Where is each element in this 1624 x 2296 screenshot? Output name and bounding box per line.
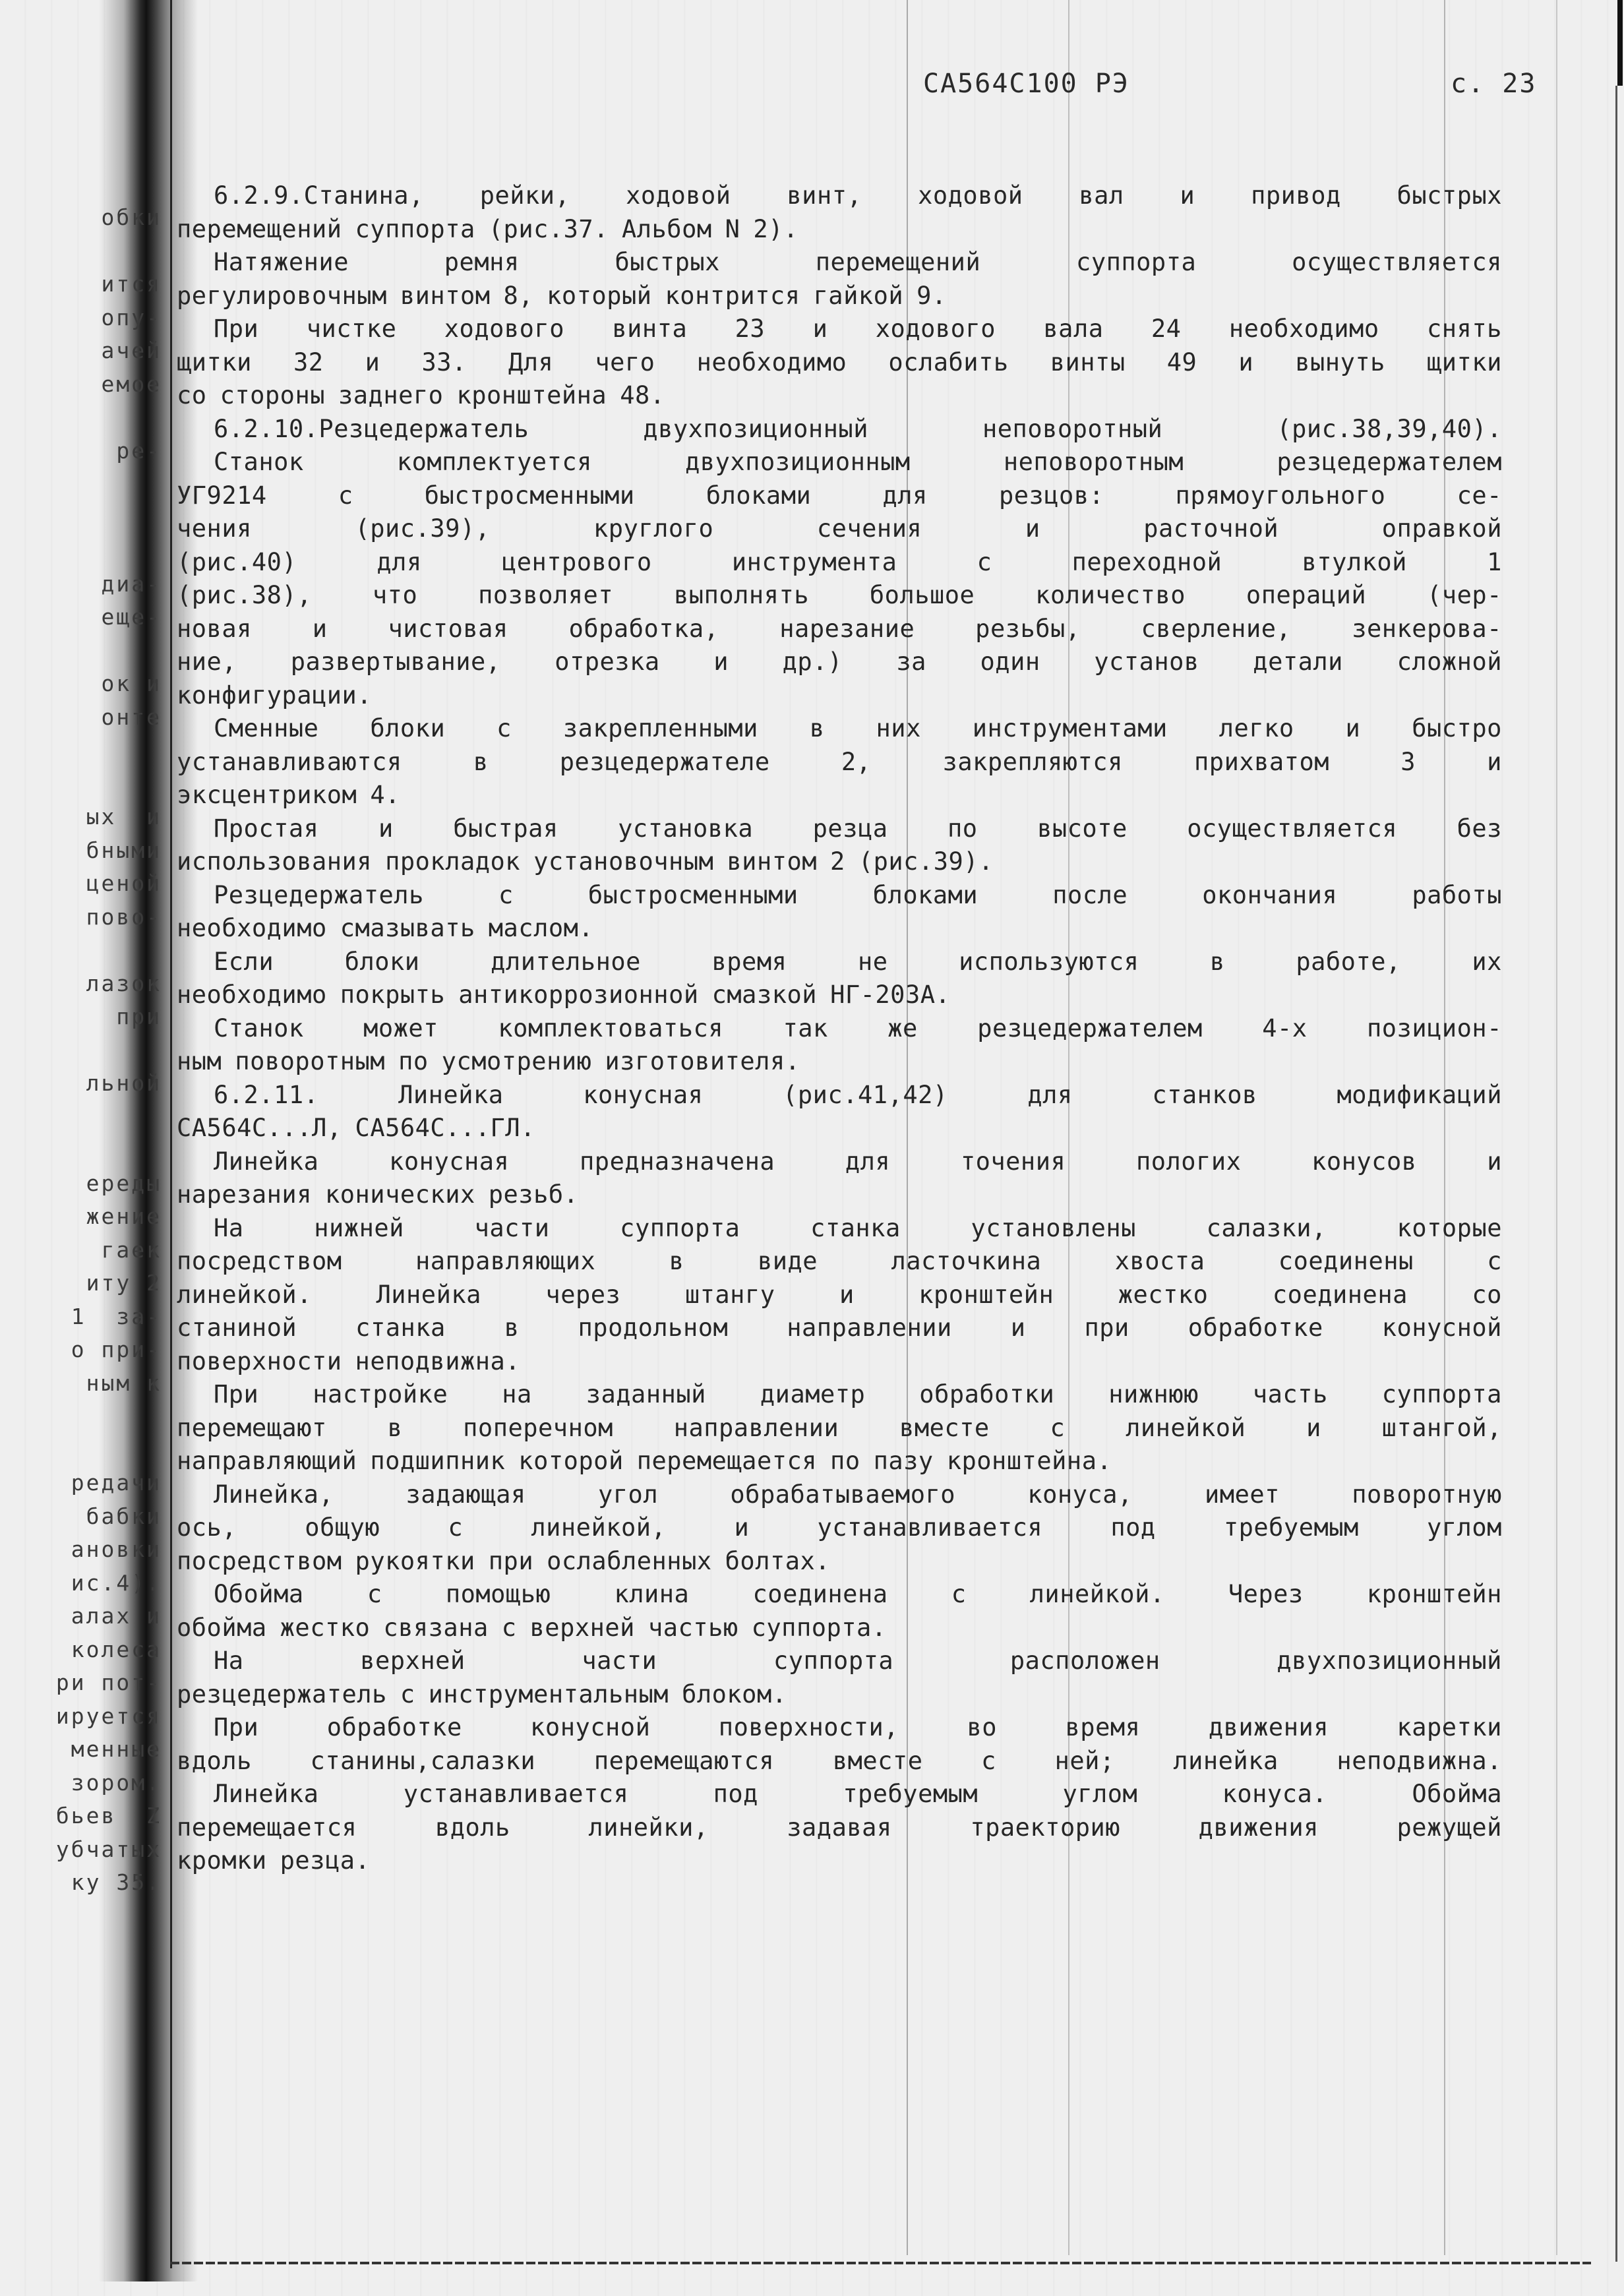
margin-fragment: диа- [102, 571, 162, 597]
text-line: станинойстанкавпродольномнаправленииипри… [177, 1312, 1502, 1344]
text-line: регулировочнымвинтом8,которыйконтритсяга… [177, 280, 1502, 313]
margin-fragment: при [116, 1004, 162, 1030]
text-line: устанавливаютсяврезцедержателе2,закрепля… [177, 746, 1502, 779]
text-line: нымповоротнымпоусмотрениюизготовителя. [177, 1045, 1502, 1078]
margin-fragment: емое [102, 371, 162, 398]
frame-border-right [1615, 86, 1617, 2262]
margin-fragment: льной [86, 1070, 162, 1097]
margin-fragment: ценой [86, 870, 162, 897]
text-line: нарезанияконическихрезьб. [177, 1178, 1502, 1211]
text-line: Приобработкеконуснойповерхности,вовремяд… [177, 1711, 1502, 1744]
text-line: Линейка,задающаяуголобрабатываемогоконус… [177, 1478, 1502, 1511]
text-line: 6.2.9.Станина,рейки,ходовойвинт,ходовойв… [177, 179, 1502, 212]
margin-fragment: ным к [86, 1370, 162, 1397]
text-line: Сменныеблокисзакрепленнымивнихинструмент… [177, 712, 1502, 745]
frame-border-left [170, 0, 172, 2268]
text-line: состоронызаднегокронштейна48. [177, 379, 1502, 412]
text-line: Принастройкеназаданныйдиаметробработкини… [177, 1378, 1502, 1411]
margin-fragment: ку 35. [71, 1869, 162, 1896]
text-line: обоймажесткосвязанасверхнейчастьюсуппорт… [177, 1612, 1502, 1645]
text-line: новаяичистоваяобработка,нарезаниерезьбы,… [177, 613, 1502, 646]
frame-border-bottom [170, 2262, 1591, 2264]
text-line: резцедержательсинструментальнымблоком. [177, 1678, 1502, 1711]
text-line: линейкой.Линейкачерезштангуикронштейнжес… [177, 1279, 1502, 1312]
text-line: Резцедержательсбыстросменнымиблокамипосл… [177, 879, 1502, 912]
text-line: Причисткеходовоговинта23иходовоговала24н… [177, 313, 1502, 346]
margin-fragment: ереды [86, 1170, 162, 1197]
margin-fragment: обки [102, 204, 162, 231]
text-line: перемещаетсявдольлинейки,задаваятраектор… [177, 1811, 1502, 1844]
text-line: Станокможеткомплектоватьсятакжерезцедерж… [177, 1012, 1502, 1045]
text-line: поверхностинеподвижна. [177, 1345, 1502, 1378]
text-line: кромкирезца. [177, 1844, 1502, 1877]
text-line: Еслиблокидлительноевремянеиспользуютсявр… [177, 946, 1502, 979]
text-line: чения(рис.39),круглогосеченияирасточнойо… [177, 512, 1502, 545]
text-line: Линейкаконуснаяпредназначенадляточенияпо… [177, 1145, 1502, 1178]
margin-fragment: еще- [102, 604, 162, 630]
text-line: необходимосмазыватьмаслом. [177, 912, 1502, 945]
text-line: использованияпрокладокустановочнымвинтом… [177, 845, 1502, 878]
margin-fragment: колеса [71, 1637, 162, 1663]
text-line: щитки32и33.Длячегонеобходимоослабитьвинт… [177, 346, 1502, 379]
margin-fragment: ис.4). [71, 1570, 162, 1596]
margin-fragment: 1 за- [71, 1304, 162, 1330]
text-line: перемещаютвпоперечномнаправлениивместесл… [177, 1412, 1502, 1445]
text-line: Нанижнейчастисуппортастанкаустановленыса… [177, 1212, 1502, 1245]
margin-fragment: жение [86, 1203, 162, 1230]
frame-border-right-top [1617, 0, 1623, 86]
margin-fragment: бьев Z [56, 1803, 162, 1829]
margin-fragment: лазок [86, 971, 162, 997]
document-code: СА564С100 РЭ [923, 69, 1129, 99]
margin-fragment: редачи [71, 1470, 162, 1496]
text-line: конфигурации. [177, 679, 1502, 712]
scanned-page: СА564С100 РЭ с. 23 обкиитсяопу-ачейемоер… [0, 0, 1624, 2296]
margin-fragment: ок и [102, 671, 162, 697]
margin-fragment: онте [102, 704, 162, 731]
text-line: (рис.40)дляцентровогоинструментаспереход… [177, 546, 1502, 579]
text-line: перемещенийсуппорта(рис.37.АльбомN2). [177, 213, 1502, 246]
text-line: посредствомрукояткиприослабленныхболтах. [177, 1545, 1502, 1578]
text-line: Линейкаустанавливаетсяподтребуемымугломк… [177, 1778, 1502, 1811]
margin-fragment: убчатых [56, 1836, 162, 1863]
page-number: с. 23 [1451, 69, 1536, 99]
margin-fragment: ачей [102, 338, 162, 364]
margin-fragment: ируется [56, 1703, 162, 1730]
margin-fragment: бабки [86, 1503, 162, 1530]
text-line: необходимопокрытьантикоррозионнойсмазкой… [177, 979, 1502, 1012]
text-line: Наверхнейчастисуппортарасположендвухпози… [177, 1645, 1502, 1677]
margin-fragment: менные [71, 1736, 162, 1763]
text-line: (рис.38),чтопозволяетвыполнятьбольшоекол… [177, 579, 1502, 612]
text-line: ние,развертывание,отрезкаидр.)заодинуста… [177, 646, 1502, 679]
margin-fragment: гаек [102, 1237, 162, 1263]
text-line: СА564С...Л,СА564С...ГЛ. [177, 1112, 1502, 1145]
text-line: Простаяибыстраяустановкарезцаповысотеосу… [177, 812, 1502, 845]
text-line: 6.2.10.Резцедержательдвухпозиционныйнепо… [177, 413, 1502, 446]
text-line: посредствомнаправляющихввиделасточкинахв… [177, 1245, 1502, 1278]
scan-streak [1556, 0, 1557, 2255]
margin-fragment: ри пот- [56, 1670, 162, 1696]
margin-fragment: ановки [71, 1536, 162, 1563]
text-line: УГ9214сбыстросменнымиблокамидлярезцов:пр… [177, 479, 1502, 512]
margin-fragment: бными [86, 837, 162, 864]
text-line: Натяжениеремнябыстрыхперемещенийсуппорта… [177, 246, 1502, 279]
margin-fragment: ре- [116, 438, 162, 464]
margin-fragment: алах и [71, 1603, 162, 1629]
margin-fragment: ится [102, 271, 162, 297]
text-line: эксцентриком4. [177, 779, 1502, 812]
margin-fragment: зором. [71, 1770, 162, 1796]
text-line: Обоймаспомощьюклинасоединенаслинейкой.Че… [177, 1578, 1502, 1611]
text-line: 6.2.11.Линейкаконусная(рис.41,42)длястан… [177, 1079, 1502, 1112]
margin-fragment: иту 2 [86, 1270, 162, 1296]
margin-fragment: пово- [86, 904, 162, 930]
text-line: вдольстанины,салазкиперемещаютсявместесн… [177, 1745, 1502, 1778]
text-line: ось,общуюслинейкой,иустанавливаетсяподтр… [177, 1511, 1502, 1544]
margin-fragment: о при- [71, 1337, 162, 1363]
margin-fragment: опу- [102, 305, 162, 331]
text-line: Станоккомплектуетсядвухпозиционнымнепово… [177, 446, 1502, 479]
margin-fragment: ых и [86, 804, 162, 830]
text-line: направляющийподшипниккоторойперемещается… [177, 1445, 1502, 1478]
